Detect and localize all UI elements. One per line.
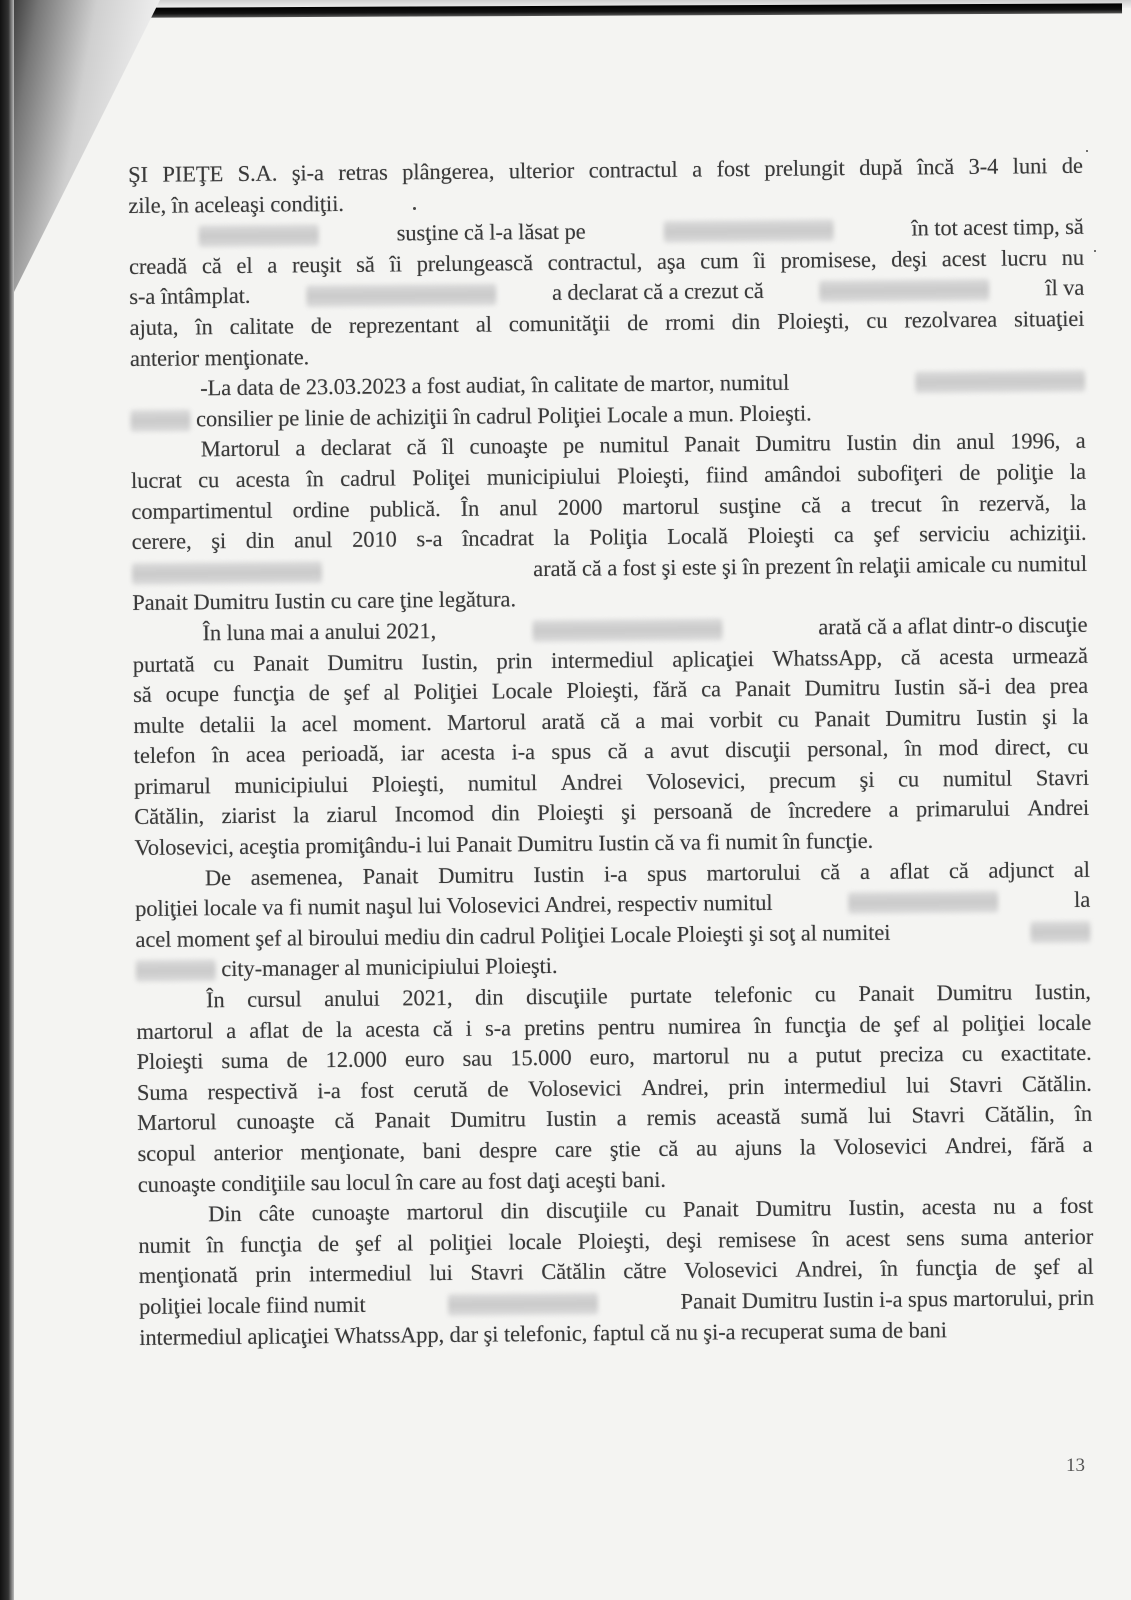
text-segment: ziarul (326, 800, 377, 831)
text-segment: faptul (593, 1318, 645, 1349)
text-segment: cu (898, 764, 919, 795)
text-segment: locul (346, 1167, 391, 1198)
text-segment: intermediul (784, 1071, 887, 1103)
text-segment: funcţia (240, 1229, 302, 1260)
redacted-name (663, 219, 833, 243)
text-segment: Cătălin, (134, 802, 204, 833)
text-segment: de (309, 678, 330, 709)
text-segment: de (487, 1074, 508, 1105)
text-segment: la (1072, 701, 1088, 732)
text-segment: primarul (134, 771, 211, 802)
text-segment: spus (551, 737, 591, 768)
text-segment: condiţii. (270, 189, 344, 220)
text-segment: primarului (916, 794, 1010, 825)
text-segment: cu (1067, 732, 1088, 763)
text-segment: care (419, 1166, 456, 1197)
text-segment: că (650, 1317, 670, 1348)
paragraph: DincâtecunoaştemartoruldindiscuţiilecuPa… (138, 1191, 1094, 1353)
text-segment: anul (499, 493, 538, 524)
text-segment: Stavri (470, 1258, 523, 1289)
text-segment: ajuta, (129, 312, 178, 343)
text-segment: acesta (236, 464, 291, 495)
text-segment: în (812, 1224, 830, 1255)
text-segment: al (933, 1009, 949, 1040)
text-segment: fost (716, 154, 750, 185)
text-segment: anterior (130, 343, 199, 374)
text-segment: să (133, 680, 152, 711)
text-segment: dar (449, 1319, 478, 1350)
text-segment: în (306, 464, 324, 495)
text-segment: acesta (440, 738, 495, 769)
text-segment: acesta (365, 1014, 420, 1045)
text-segment: ţine (400, 585, 434, 616)
text-segment: deşi (666, 1225, 702, 1256)
text-segment: i-a (604, 859, 628, 890)
text-segment: funcţia (784, 1010, 846, 1041)
text-segment: Ploieşti (747, 521, 814, 552)
text-segment: ŞI (128, 160, 148, 191)
text-segment: retras (338, 158, 388, 189)
text-segment: aflat (889, 856, 929, 887)
text-segment: remis (647, 1103, 697, 1134)
text-segment: poliţiei locale fiind numit (139, 1290, 366, 1323)
text-segment: că (658, 1134, 678, 1165)
text-segment: de (627, 308, 648, 339)
text-segment: Panait (684, 429, 740, 460)
text-segment: au (461, 1166, 482, 1197)
text-segment: că (820, 857, 840, 888)
text-segment: trecut (871, 489, 922, 520)
text-segment: Panait (132, 588, 188, 619)
text-segment: că (654, 828, 674, 859)
text-segment: prin (496, 646, 532, 677)
text-segment: în (1075, 1099, 1093, 1130)
text-segment: promiţându-i (305, 830, 422, 862)
text-segment: În luna mai a anului 2021, (202, 616, 436, 649)
text-segment: Ploieşti (537, 798, 604, 829)
text-segment: deşi (891, 244, 927, 275)
text-segment: sau (311, 1168, 341, 1199)
text-segment: care (555, 1135, 592, 1166)
text-segment: în (206, 1230, 224, 1261)
text-segment: funcţia (233, 679, 295, 710)
text-segment: 1996, (1010, 426, 1060, 457)
text-segment: Dumitru (517, 829, 593, 860)
text-segment: contractul, (548, 247, 643, 278)
redacted-name (130, 409, 190, 432)
text-segment: de (1062, 151, 1083, 182)
text-segment: suma (221, 1046, 268, 1077)
text-segment: sau (462, 1044, 492, 1075)
text-segment: fost (360, 1075, 394, 1106)
text-segment: nu (747, 1041, 770, 1072)
text-segment: 12.000 (325, 1045, 387, 1076)
text-segment: cerere, (132, 527, 192, 558)
text-segment: îi (753, 246, 766, 277)
text-segment: că (433, 1014, 453, 1045)
text-segment: susţine că l-a lăsat pe (397, 217, 586, 249)
text-segment: cunoaşte (469, 431, 547, 462)
text-segment: cunoaşte (236, 1107, 314, 1138)
text-segment: în (942, 489, 960, 520)
text-segment: compartimentul (131, 495, 272, 527)
redacted-name (915, 370, 1085, 394)
text-segment: că (334, 1106, 354, 1137)
text-segment: nu (1061, 243, 1084, 274)
text-segment: în (195, 312, 213, 343)
text-segment: Volosevici (528, 1073, 622, 1104)
text-segment: acesta (922, 1192, 977, 1223)
text-segment: Andrei (1027, 793, 1089, 824)
text-segment: moment. (353, 708, 432, 739)
text-segment: pentru (598, 1012, 655, 1043)
text-segment: au (696, 1133, 717, 1164)
text-segment: S.A. (238, 159, 278, 190)
text-segment: cu (962, 1039, 983, 1070)
paragraph: Încursulanului2021,dindiscuţiilepurtatet… (136, 977, 1093, 1200)
text-segment: bani (908, 1315, 947, 1346)
text-segment: martorul (136, 1016, 213, 1047)
text-segment: numit (725, 827, 777, 858)
text-segment: multe (133, 710, 184, 741)
text-segment: cerută (413, 1075, 468, 1106)
text-segment: nu (993, 1192, 1016, 1223)
text-segment: a (841, 490, 851, 521)
text-segment: numitul (599, 430, 669, 461)
text-segment: îl (442, 432, 455, 463)
text-segment: Iustin (846, 428, 897, 459)
text-segment: arată că a aflat dintr-o discuţie (818, 610, 1088, 643)
text-segment: acea (246, 740, 286, 771)
text-segment: Dumitru (327, 647, 403, 678)
text-segment: WhatssApp, (772, 642, 882, 674)
text-segment: Ploieşti (137, 1047, 204, 1078)
text-segment: cu (778, 704, 799, 735)
text-segment: Dumitru (438, 860, 514, 891)
text-segment: discuţiile (526, 981, 608, 1012)
text-segment: Andrei, (945, 1131, 1013, 1162)
text-segment: funcţie. (806, 826, 874, 857)
text-segment: martorului (706, 857, 800, 888)
text-segment: el (236, 251, 252, 282)
text-segment: intermediul (139, 1322, 242, 1354)
text-segment: la (1070, 487, 1086, 518)
text-segment: asemenea, (251, 862, 343, 893)
text-segment: ocupe (166, 679, 220, 710)
text-segment: îl va (1045, 273, 1084, 304)
text-segment: şef (1034, 1252, 1060, 1283)
text-segment: anterior (1024, 1222, 1093, 1253)
text-segment: daţi (527, 1165, 561, 1196)
text-segment: purtate (630, 981, 692, 1012)
text-segment: Ploieşti, (578, 1226, 651, 1257)
text-segment: acesta (939, 641, 994, 672)
text-segment: Andrei, (641, 1072, 709, 1103)
text-segment: 15.000 (510, 1043, 572, 1074)
text-segment: precum (769, 765, 836, 796)
text-segment: Dumitru (450, 1105, 526, 1136)
text-segment: din (246, 526, 275, 557)
text-segment: telefonic, (504, 1318, 588, 1349)
text-segment: a (1033, 1191, 1043, 1222)
text-segment: de (959, 458, 980, 489)
text-segment: din (500, 1196, 529, 1227)
text-segment: legătura. (439, 585, 516, 616)
text-segment: lui (427, 830, 451, 861)
text-segment: din (912, 428, 941, 459)
text-segment: Panait (374, 1106, 430, 1137)
text-segment: Poliţei (412, 463, 470, 494)
text-segment: sumă (801, 1102, 848, 1133)
text-segment: Ploieşti, (372, 769, 445, 800)
text-segment: menţionate, (300, 1136, 405, 1168)
text-segment: lui (429, 1258, 453, 1289)
text-segment: în (905, 734, 923, 765)
text-segment: aceşti (566, 1165, 617, 1196)
text-segment: telefon (134, 741, 196, 772)
text-segment: arată (541, 706, 585, 737)
text-segment: locale (508, 1227, 561, 1258)
text-segment: Dumitru (885, 703, 961, 734)
text-segment: 2021, (402, 983, 452, 1014)
scan-speck (1086, 150, 1088, 152)
text-segment: Iustin (546, 1104, 597, 1135)
text-segment: Iustin, (1035, 977, 1091, 1008)
text-segment: Iustin (976, 702, 1027, 733)
text-segment: care (357, 586, 394, 617)
text-segment: putut (816, 1040, 862, 1071)
text-segment: şi (859, 765, 874, 796)
text-segment: în (396, 1167, 414, 1198)
scan-left-edge (0, 0, 14, 1600)
scan-speck (1094, 250, 1096, 252)
text-segment: a (267, 250, 277, 281)
text-segment: la (1070, 457, 1086, 488)
text-segment: că (202, 251, 222, 282)
text-segment: acest (845, 1224, 890, 1255)
text-segment: Stavri (911, 1100, 964, 1131)
text-segment: subofiţeri (857, 458, 943, 489)
text-segment: cu (866, 306, 887, 337)
text-segment: rezolvarea (904, 305, 997, 336)
text-segment: plângerea, (402, 156, 494, 187)
text-segment: al (1074, 854, 1090, 885)
paragraph: În luna mai a anului 2021,arată că a afl… (132, 610, 1089, 864)
text-segment: că (607, 737, 627, 768)
text-segment: a (295, 434, 305, 465)
text-segment: detalii (199, 709, 255, 740)
text-segment: purtată (133, 649, 195, 680)
text-segment: aplicaţiei (672, 644, 754, 675)
text-segment: în tot acest timp, să (911, 212, 1084, 244)
text-segment: perioadă, (302, 739, 384, 770)
text-segment: WhatssApp, (334, 1320, 444, 1352)
text-segment: suma (829, 1315, 876, 1346)
text-segment: că (406, 432, 426, 463)
text-segment: Poliţia (589, 522, 647, 553)
text-segment: euro (405, 1044, 445, 1075)
paragraph: MartoruladeclaratcăîlcunoaştepenumitulPa… (131, 426, 1088, 619)
text-segment: al (1077, 1252, 1093, 1283)
text-segment: discuţiile (546, 1195, 628, 1226)
text-segment: arată că a fost şi este şi în prezent în… (533, 549, 1087, 585)
text-segment: calitate (230, 311, 294, 342)
text-segment: cunoaşte (138, 1169, 216, 1200)
text-segment: situaţiei (1014, 304, 1085, 335)
text-segment: numit (138, 1230, 190, 1261)
redacted-name (532, 618, 722, 642)
text-segment: Ploieşti, (566, 675, 639, 706)
text-segment: de (882, 1315, 903, 1346)
text-segment: comunităţii (509, 308, 611, 340)
text-segment: numitul (468, 768, 538, 799)
text-segment: lucru (1001, 243, 1047, 274)
text-segment: remisese (718, 1224, 796, 1255)
text-segment: mai (660, 705, 694, 736)
document-page: ŞIPIEŢES.A.şi-aretrasplângerea,ulteriorc… (128, 151, 1094, 1353)
text-segment: şi (483, 1319, 498, 1350)
text-segment: Volosevici, (646, 766, 745, 798)
text-segment: al (397, 1228, 413, 1259)
text-segment: la (1074, 885, 1090, 916)
text-segment: şi-a (703, 1317, 735, 1348)
text-segment: intermediul (309, 1259, 412, 1291)
text-segment: luni (1013, 151, 1048, 182)
text-segment: sens (906, 1223, 945, 1254)
text-segment: aplicaţiei (247, 1321, 329, 1352)
text-segment: că (901, 642, 921, 673)
text-segment: reprezentant (349, 310, 459, 342)
text-segment: prea (1050, 671, 1089, 702)
text-segment: s-a (416, 524, 442, 555)
text-segment: Cătălin. (1022, 1069, 1092, 1100)
text-segment: cum (700, 246, 739, 277)
text-segment: ştie (610, 1134, 641, 1165)
text-segment: Din (208, 1199, 242, 1230)
text-segment: suma (961, 1222, 1008, 1253)
text-segment: funcţia (915, 1253, 977, 1284)
text-segment: Iustin, (848, 1193, 904, 1224)
text-segment: Panait (858, 979, 914, 1010)
text-segment: contractul (589, 155, 678, 186)
text-segment: preciza (879, 1039, 944, 1070)
text-segment: a (1082, 1130, 1092, 1161)
text-segment: prelungit (764, 153, 845, 184)
text-segment: Ploieşti, (777, 306, 850, 337)
text-segment: prin (255, 1260, 291, 1291)
text-segment: cu (645, 1195, 666, 1226)
text-segment: susţine (719, 490, 781, 521)
text-segment: persoană (653, 797, 732, 828)
text-segment: de (311, 311, 332, 342)
text-segment: Volosevici, (134, 832, 233, 864)
text-segment: lui (868, 1101, 892, 1132)
text-segment: De (205, 863, 231, 894)
text-segment: mod (938, 733, 978, 764)
text-segment: În (206, 985, 225, 1016)
text-segment: în (212, 740, 230, 771)
text-segment: discuţii (725, 735, 791, 766)
text-segment: Andrei (561, 767, 623, 798)
text-segment: Dumitru (936, 978, 1012, 1009)
text-segment: la (293, 801, 309, 832)
text-segment: Poliţiei (413, 677, 478, 708)
text-segment: Cătălin (541, 1257, 606, 1288)
text-segment: iar (401, 738, 425, 769)
text-segment: fiind (706, 460, 748, 491)
paragraph: -La data de 23.03.2023 a fost audiat, în… (130, 365, 1086, 435)
text-segment: cu (213, 649, 234, 680)
text-segment: i-a (511, 737, 535, 768)
text-segment: Iustin (533, 859, 584, 890)
text-segment: pe (563, 431, 584, 462)
text-segment: municipiului (234, 770, 348, 802)
text-segment: ajuns (735, 1133, 782, 1164)
text-segment: rromi (665, 307, 715, 338)
text-segment: a declarat că a crezut că (552, 276, 764, 309)
text-segment: Dumitru (193, 587, 269, 618)
text-segment: s-a (485, 1013, 511, 1044)
text-segment: numitul (943, 763, 1013, 794)
text-segment: în (880, 1254, 898, 1285)
text-segment: şi (211, 526, 226, 557)
text-segment: Volosevici (684, 1255, 778, 1286)
text-segment: cu (331, 586, 352, 617)
text-segment: de (995, 1253, 1016, 1284)
text-segment: că (801, 490, 821, 521)
text-segment: de (302, 1015, 323, 1046)
text-segment: ulterior (509, 156, 575, 187)
page-number: 13 (1066, 1455, 1085, 1477)
text-segment: Locală (667, 521, 728, 552)
text-segment: vorbit (709, 705, 762, 736)
text-segment: că (949, 856, 969, 887)
text-segment: pretins (524, 1012, 585, 1043)
text-segment: euro, (589, 1042, 634, 1073)
text-segment: anterior (213, 1138, 282, 1169)
text-segment: câte (259, 1199, 295, 1230)
text-segment: încadrat (462, 523, 534, 554)
text-segment: la (800, 1132, 816, 1163)
text-segment: de (750, 796, 771, 827)
redacted-name (199, 224, 319, 247)
text-segment: să (356, 249, 375, 280)
text-segment: poliţiei (429, 1227, 492, 1258)
text-segment: achiziţii. (1009, 518, 1086, 549)
text-segment: din (475, 982, 504, 1013)
text-segment: ca (701, 674, 721, 705)
text-segment: va (680, 828, 701, 859)
text-segment: anul (294, 525, 333, 556)
text-segment: menţionate. (204, 342, 309, 374)
text-segment: adjunct (988, 855, 1054, 886)
text-segment: aceleaşi (194, 189, 265, 220)
text-segment: după (859, 153, 903, 184)
text-segment: Suma (137, 1077, 188, 1108)
text-segment: a (226, 1016, 236, 1047)
text-segment: Panait Dumitru Iustin i-a spus martorulu… (680, 1283, 1094, 1318)
text-segment: poliţie (996, 457, 1053, 488)
text-segment: direct, (995, 732, 1051, 763)
text-segment: telefonic (714, 980, 792, 1011)
text-segment: în (783, 827, 801, 858)
redacted-name (819, 279, 989, 303)
text-segment: poliţiei (962, 1008, 1025, 1039)
text-segment: încă (917, 152, 954, 183)
text-segment: lui (906, 1070, 930, 1101)
text-segment: creadă (129, 251, 187, 282)
redacted-name (136, 960, 216, 983)
